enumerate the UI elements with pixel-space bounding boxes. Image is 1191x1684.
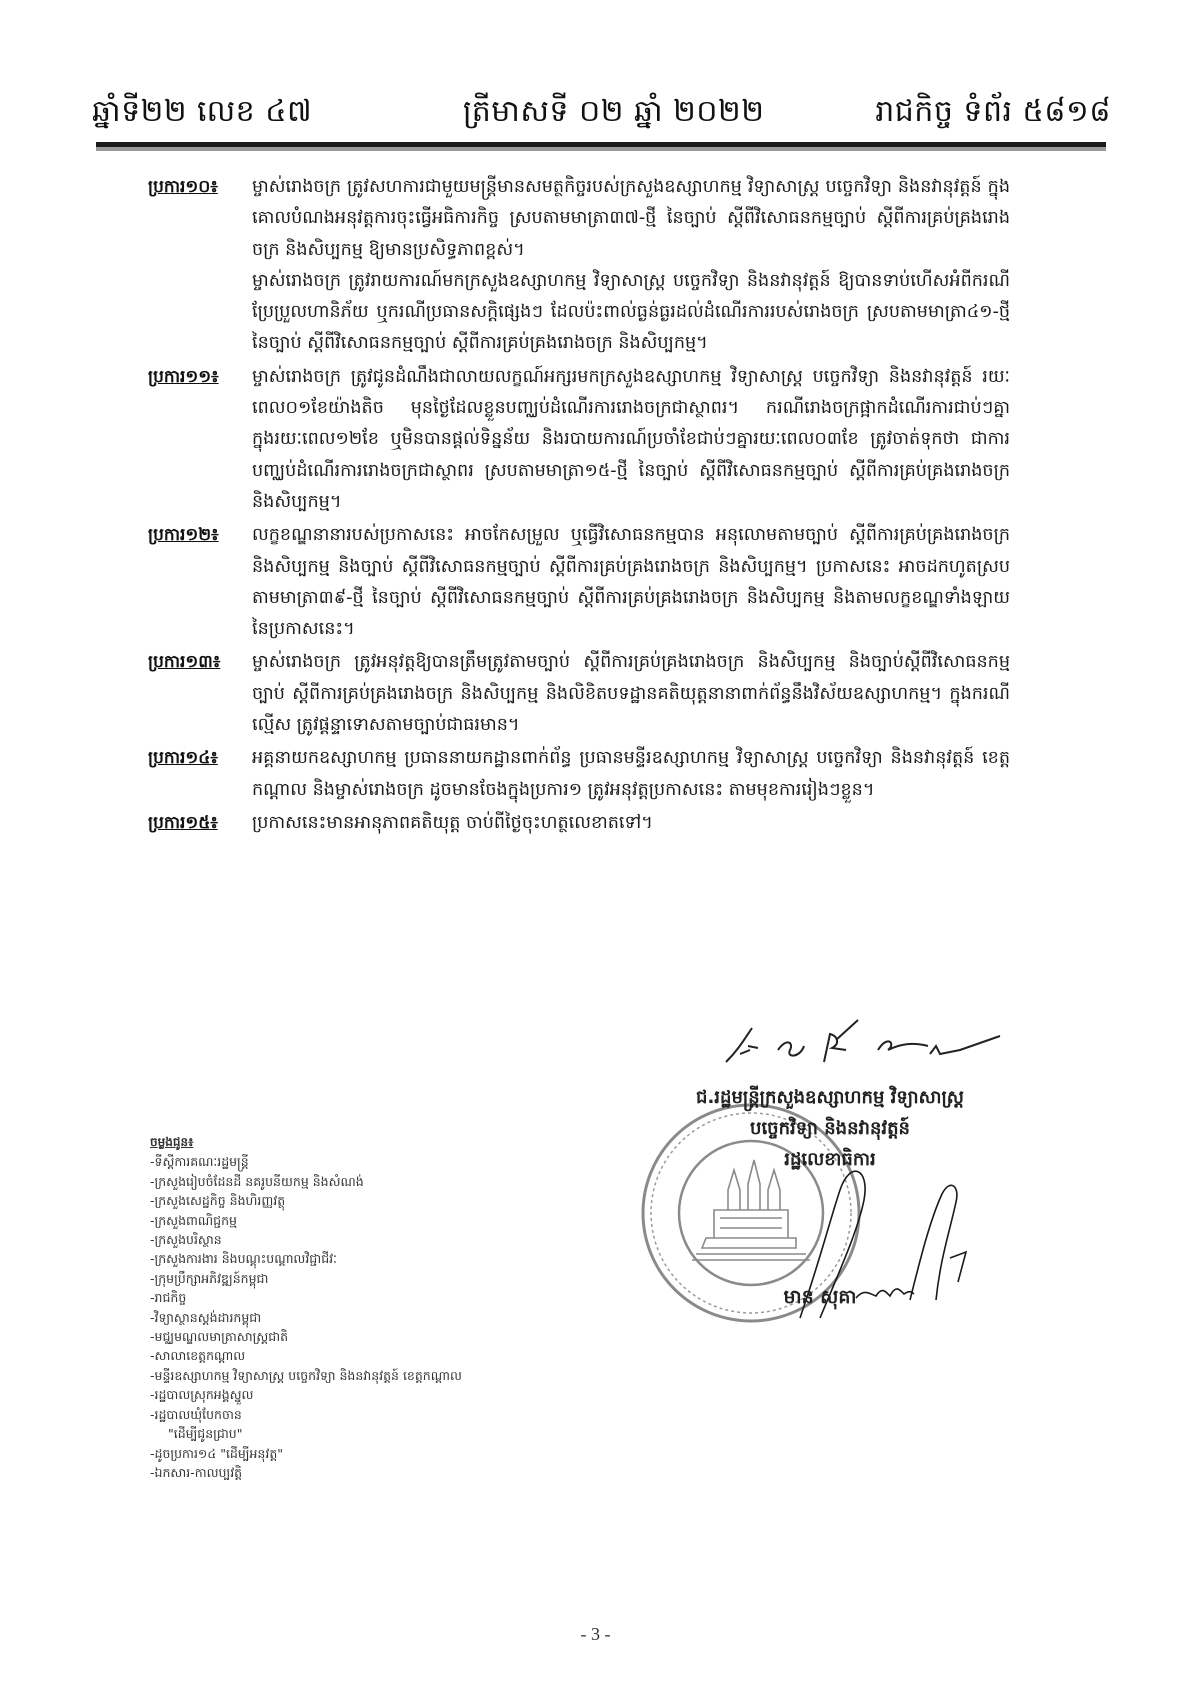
article-paragraph: ម្ចាស់រោងចក្រ ត្រូវសហការជាមួយមន្ត្រីមានស… [252, 172, 1010, 266]
article-paragraph: ប្រកាសនេះមានអានុភាពគតិយុត្ត ចាប់ពីថ្ងៃចុ… [252, 808, 1010, 839]
page-number: - 3 - [0, 1624, 1191, 1645]
article-11: ប្រការ១១៖ ម្ចាស់រោងចក្រ ត្រូវជូនដំណឹងជាល… [148, 362, 1010, 518]
article-15: ប្រការ១៥៖ ប្រកាសនេះមានអានុភាពគតិយុត្ត ចា… [148, 808, 1010, 839]
page-header: ឆ្នាំទី២២ លេខ ៤៧ ត្រីមាសទី ០២ ឆ្នាំ ២០២២… [92, 92, 1111, 136]
signatory-name: មាន សុគា [760, 1285, 880, 1313]
article-14: ប្រការ១៤៖ អគ្គនាយកឧស្សាហកម្ម ប្រធាននាយកដ… [148, 743, 1010, 806]
recipient-item: -រាជកិច្ច [150, 1288, 570, 1307]
recipient-item: -រដ្ឋបាលស្រុកអង្គស្នួល [150, 1385, 570, 1404]
article-10: ប្រការ១០៖ ម្ចាស់រោងចក្រ ត្រូវសហការជាមួយម… [148, 172, 1010, 360]
recipient-note: "ដើម្បីជូនជ្រាប" [150, 1424, 570, 1443]
header-issue: ឆ្នាំទី២២ លេខ ៤៧ [92, 92, 312, 136]
article-13: ប្រការ១៣៖ ម្ចាស់រោងចក្រ ត្រូវអនុវត្តឱ្យប… [148, 647, 1010, 741]
header-quarter: ត្រីមាសទី ០២ ឆ្នាំ ២០២២ [463, 92, 765, 136]
article-label: ប្រការ១១៖ [148, 362, 252, 518]
header-gazette-page: រាជកិច្ច ទំព័រ ៥៨១៨ [875, 92, 1111, 136]
article-paragraph: លក្ខខណ្ឌនានារបស់ប្រកាសនេះ អាចកែសម្រួល ឬធ… [252, 520, 1010, 645]
recipient-item: -ឯកសារ-កាលប្បវត្តិ [150, 1463, 570, 1482]
recipients-title: ចម្លងជូន៖ [150, 1133, 570, 1152]
document-page: ឆ្នាំទី២២ លេខ ៤៧ ត្រីមាសទី ០២ ឆ្នាំ ២០២២… [0, 0, 1191, 1684]
articles-body: ប្រការ១០៖ ម្ចាស់រោងចក្រ ត្រូវសហការជាមួយម… [148, 172, 1010, 841]
header-rule-shadow [96, 147, 1106, 151]
initials-signature-icon [718, 1010, 1008, 1080]
signatory-title-line: បច្ចេកវិទ្យា និងនវានុវត្តន៍ [640, 1113, 1020, 1144]
article-paragraph: អគ្គនាយកឧស្សាហកម្ម ប្រធាននាយកដ្ឋានពាក់ព័… [252, 743, 1010, 806]
recipient-item: -ក្រសួងរៀបចំដែនដី នគរូបនីយកម្ម និងសំណង់ [150, 1172, 570, 1191]
recipient-item: -ក្រសួងបរិស្ថាន [150, 1230, 570, 1249]
recipient-item: -មជ្ឈមណ្ឌលមាត្រាសាស្ត្រជាតិ [150, 1327, 570, 1346]
article-12: ប្រការ១២៖ លក្ខខណ្ឌនានារបស់ប្រកាសនេះ អាចក… [148, 520, 1010, 645]
recipient-item: -ក្រសួងសេដ្ឋកិច្ច និងហិរញ្ញវត្ថុ [150, 1191, 570, 1210]
recipient-item: -ក្រុមប្រឹក្សាអភិវឌ្ឍន៍កម្ពុជា [150, 1269, 570, 1288]
article-paragraph: ម្ចាស់រោងចក្រ ត្រូវជូនដំណឹងជាលាយលក្ខណ៍អក… [252, 362, 1010, 518]
article-label: ប្រការ១៤៖ [148, 743, 252, 806]
article-label: ប្រការ១៥៖ [148, 808, 252, 839]
article-paragraph: ម្ចាស់រោងចក្រ ត្រូវរាយការណ៍មកក្រសួងឧស្សា… [252, 266, 1010, 360]
recipient-item: -មន្ទីរឧស្សាហកម្ម វិទ្យាសាស្ត្រ បច្ចេកវិ… [150, 1366, 570, 1385]
recipient-item: -ទីស្តីការគណៈរដ្ឋមន្ត្រី [150, 1152, 570, 1171]
recipient-item: -សាលាខេត្តកណ្តាល [150, 1346, 570, 1365]
article-label: ប្រការ១៣៖ [148, 647, 252, 741]
article-paragraph: ម្ចាស់រោងចក្រ ត្រូវអនុវត្តឱ្យបានត្រឹមត្រ… [252, 647, 1010, 741]
recipient-item: -ក្រសួងពាណិជ្ជកម្ម [150, 1211, 570, 1230]
recipient-item: -ក្រសួងការងារ និងបណ្តុះបណ្តាលវិជ្ជាជីវៈ [150, 1249, 570, 1268]
recipient-item: -រដ្ឋបាលឃុំបែកចាន [150, 1405, 570, 1424]
signatory-title-line: ជ.រដ្ឋមន្ត្រីក្រសួងឧស្សាហកម្ម វិទ្យាសាស្… [640, 1082, 1020, 1113]
article-label: ប្រការ១០៖ [148, 172, 252, 360]
recipient-item: -វិទ្យាស្ថានស្តង់ដារកម្ពុជា [150, 1308, 570, 1327]
recipient-item: -ដូចប្រការ១៤ "ដើម្បីអនុវត្ត" [150, 1444, 570, 1463]
article-label: ប្រការ១២៖ [148, 520, 252, 645]
recipients-list: ចម្លងជូន៖ -ទីស្តីការគណៈរដ្ឋមន្ត្រី -ក្រស… [150, 1133, 570, 1482]
